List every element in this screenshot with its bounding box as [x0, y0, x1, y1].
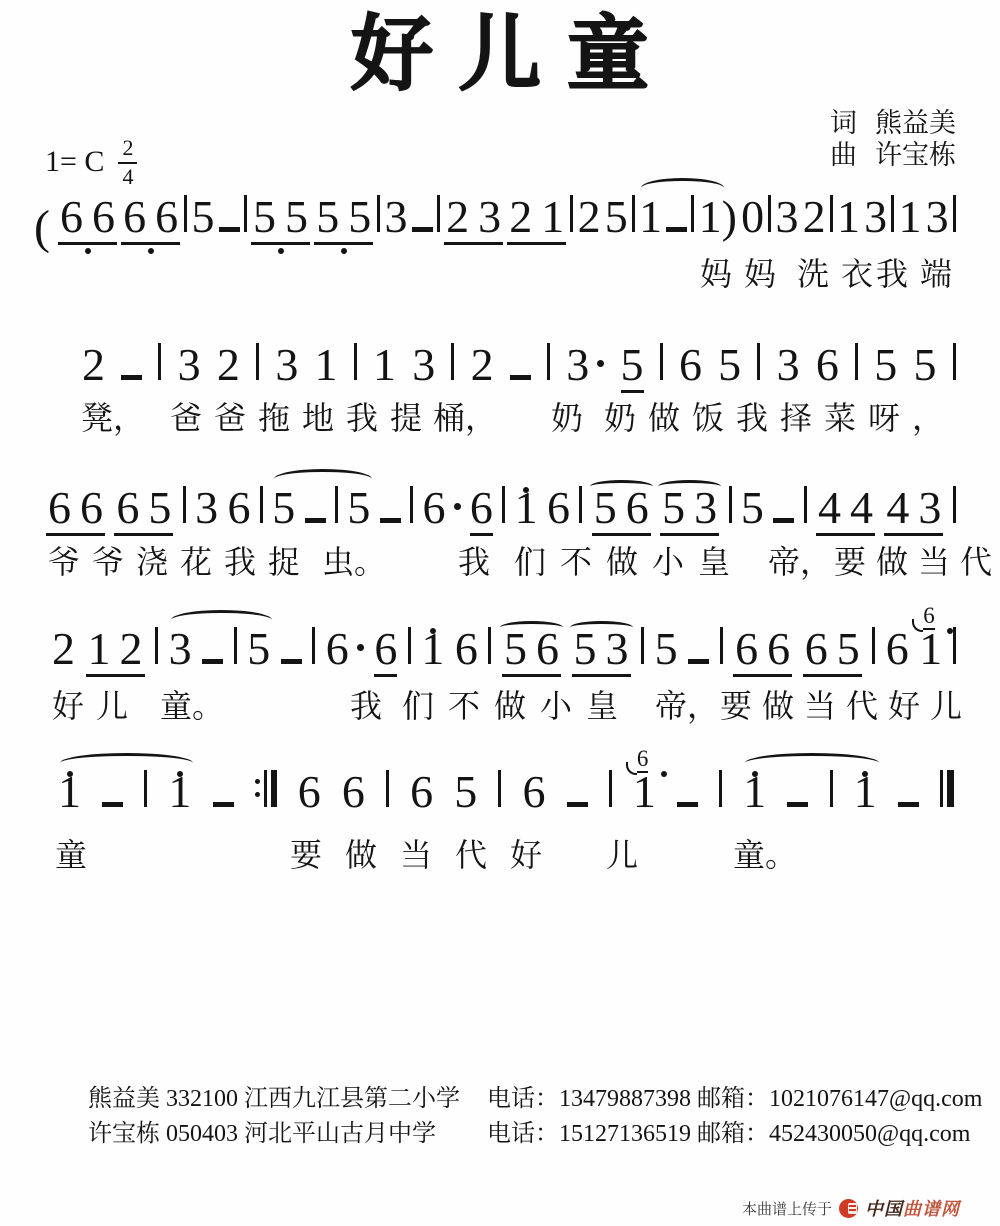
note-value: 3 — [275, 342, 298, 388]
lyrics-segment: 童。 — [160, 689, 224, 724]
note-value: 5 — [718, 342, 741, 388]
duration-dash — [688, 659, 709, 664]
note-value: 1 — [919, 626, 942, 672]
note-value: 2 — [217, 342, 240, 388]
barline — [570, 195, 573, 232]
barline — [579, 486, 582, 523]
note-value: 1 — [699, 194, 722, 240]
barline — [720, 627, 723, 664]
note-value: 6 — [735, 626, 758, 672]
note: 1 — [743, 769, 766, 815]
note-value: 6 — [116, 485, 139, 531]
barline — [488, 627, 491, 664]
barline — [260, 486, 263, 523]
slur-arc — [658, 480, 721, 493]
note: 6 — [523, 769, 546, 815]
beam-group: 21 — [507, 194, 566, 245]
low-octave-dot — [85, 248, 91, 254]
duration-dash — [666, 227, 687, 232]
site-name: 中国曲谱网 — [865, 1195, 960, 1221]
lyrics-segment: 奶做饭我择菜呀， — [604, 401, 956, 436]
note: 1 — [515, 485, 538, 531]
barline — [498, 770, 501, 807]
barline — [632, 195, 635, 232]
note-value: 6 — [523, 769, 546, 815]
lyrics-segment: 童 — [55, 838, 87, 873]
note: 6 — [48, 485, 71, 531]
note: 3 — [777, 342, 800, 388]
note-value: 6 — [60, 194, 83, 240]
note: 2 — [471, 342, 494, 388]
barline — [234, 627, 237, 664]
lyrics-segment: 虫。 — [322, 545, 386, 580]
lyrics-segment: 洗衣 — [797, 257, 885, 292]
note-value: 5 — [913, 342, 936, 388]
note: 2 — [578, 194, 601, 240]
note: 5 — [272, 485, 295, 531]
low-octave-dot — [341, 248, 347, 254]
beam-group: 66 — [121, 194, 180, 245]
site-logo-icon — [839, 1199, 858, 1218]
thin-bar — [940, 770, 943, 807]
barline — [609, 770, 612, 807]
note-value: 6 — [547, 485, 570, 531]
note-value: 6 — [805, 626, 828, 672]
barline — [757, 343, 760, 380]
note: 5 — [192, 194, 215, 240]
note: 2 — [446, 194, 469, 240]
note: 2 — [82, 342, 105, 388]
duration-dash — [102, 802, 123, 807]
barline — [244, 195, 247, 232]
note: 6 — [374, 626, 397, 677]
barline — [660, 343, 663, 380]
note: 2 — [52, 626, 75, 672]
slur-arc — [641, 178, 724, 198]
slur-arc — [171, 610, 272, 630]
note-value: 4 — [850, 485, 873, 531]
contact-address: 熊益美 332100 江西九江县第二小学 — [88, 1078, 460, 1113]
note-value: 6 — [767, 626, 790, 672]
slur-arc — [745, 753, 879, 773]
barline — [184, 195, 187, 232]
lyrics-segment: 童。 — [733, 838, 797, 873]
barline — [158, 343, 161, 380]
note-value: 0 — [741, 194, 764, 240]
note-value: 6 — [92, 194, 115, 240]
note: 6 — [886, 626, 909, 672]
note: 4 — [818, 485, 841, 531]
barline — [547, 343, 550, 380]
low-octave-dot — [278, 248, 284, 254]
note-value: 3 — [566, 342, 589, 388]
note: 3 — [918, 485, 941, 531]
score-page: 好儿童 词 熊益美 曲 许宝栋 1= C 2 4 66(665555532321… — [0, 0, 1000, 1226]
note: 16 — [633, 769, 656, 815]
note: 6 — [298, 769, 321, 815]
note: 6 — [116, 485, 139, 531]
note: 16 — [919, 626, 942, 672]
barline — [144, 770, 147, 807]
barline — [953, 195, 956, 232]
lyrics-segment: 们不做小皇 — [514, 545, 744, 580]
note-value: 6 — [470, 485, 493, 536]
note-value: 3 — [195, 485, 218, 531]
beam-group: 55 — [251, 194, 310, 245]
note-value: 2 — [52, 626, 75, 672]
contact-phone-email: 电话：15127136519 邮箱：452430050@qq.com — [487, 1113, 970, 1148]
lyrics-segment: 我 — [350, 689, 382, 724]
augmentation-dot — [454, 503, 461, 510]
barline — [830, 770, 833, 807]
note: 3 — [566, 342, 604, 388]
lyrics-segment: 帝， — [655, 689, 719, 724]
duration-dash — [121, 375, 142, 380]
note-value: 1 — [88, 626, 111, 672]
lyrics-segment: 爸爸拖地我提 — [170, 401, 434, 436]
note-value: 6 — [298, 769, 321, 815]
note-value: 1 — [633, 769, 656, 815]
note: 6 — [80, 485, 103, 531]
duration-dash — [380, 518, 401, 523]
note-value: 5 — [253, 194, 276, 240]
note-value: 1 — [898, 194, 921, 240]
note-value: 3 — [385, 194, 408, 240]
barline — [451, 343, 454, 380]
note: 6 — [805, 626, 828, 672]
logo-lines-icon — [848, 1203, 857, 1214]
beam-group: 66 — [733, 626, 792, 677]
beam-group: 43 — [884, 485, 943, 536]
barline — [830, 195, 833, 232]
barline — [804, 486, 807, 523]
note: 3 — [385, 194, 408, 240]
note-value: 3 — [777, 342, 800, 388]
note: 1 — [837, 194, 860, 240]
slur-arc — [274, 469, 372, 489]
note: 1 — [168, 769, 191, 815]
note: 1 — [58, 769, 81, 815]
note: 2 — [120, 626, 143, 672]
note-value: 5 — [741, 485, 764, 531]
note-value: 6 — [886, 626, 909, 672]
note: 6 — [228, 485, 251, 531]
music-line-5: 11666561611 — [58, 741, 954, 820]
note: 1 — [315, 342, 338, 388]
lyrics-segment: 帝， — [768, 545, 832, 580]
note: 5 — [741, 485, 764, 531]
note-value: 1 — [315, 342, 338, 388]
contact-address: 许宝栋 050403 河北平山古月中学 — [88, 1113, 436, 1148]
note-value: 5 — [272, 485, 295, 531]
duration-dash — [305, 518, 326, 523]
barline — [729, 486, 732, 523]
note-value: 6 — [816, 342, 839, 388]
beam-group: 55 — [314, 194, 373, 245]
note: 6 — [816, 342, 839, 388]
note-value: 6 — [679, 342, 702, 388]
barline — [386, 770, 389, 807]
note-value: 6 — [155, 194, 178, 240]
note: 5 — [621, 342, 644, 393]
note-value: 3 — [775, 194, 798, 240]
slur-arc — [590, 480, 653, 493]
lyrics-segment: 奶 — [551, 401, 583, 436]
music-line-1: 66(6655555323212511)0321313 — [58, 166, 956, 245]
note-value: 3 — [178, 342, 201, 388]
lyrics-segment: 我 — [458, 545, 490, 580]
lyrics-segment: 桶， — [433, 401, 497, 436]
barline — [953, 627, 956, 664]
thin-bar — [264, 770, 267, 807]
beam-group: 12 — [86, 626, 145, 677]
music-line-3: 666536556616565354443 — [46, 457, 956, 536]
note: 3 — [195, 485, 218, 531]
barline — [408, 627, 411, 664]
duration-dash — [219, 227, 240, 232]
barline — [953, 486, 956, 523]
low-octave-dot — [148, 248, 154, 254]
note: 6 — [547, 485, 570, 531]
contact-phone-email: 电话：13479887398 邮箱：1021076147@qq.com — [487, 1078, 982, 1113]
note: 1 — [373, 342, 396, 388]
music-score: 66(6655555323212511)0321313妈妈洗衣我端2323113… — [0, 0, 1000, 1226]
note: 6 — [735, 626, 758, 672]
music-line-2: 2323113235653655 — [82, 314, 956, 393]
note-value: 3 — [169, 626, 192, 672]
lyrics-segment: 我端 — [876, 257, 964, 292]
note-value: 1 — [373, 342, 396, 388]
note: 5 — [874, 342, 897, 388]
lyrics-segment: 儿 — [606, 838, 638, 873]
high-octave-dot — [430, 628, 436, 634]
note: 1 — [421, 626, 444, 672]
note-value: 5 — [316, 194, 339, 240]
note-value: 6 — [423, 485, 446, 531]
note-value: 2 — [471, 342, 494, 388]
note-value: 5 — [148, 485, 171, 531]
beam-group: 23 — [444, 194, 503, 245]
lyrics-segment: 好儿 — [52, 689, 140, 724]
note: 1 — [639, 194, 662, 240]
open-paren: ( — [34, 204, 50, 252]
note: 1 — [88, 626, 111, 672]
note: 6 — [767, 626, 790, 672]
barline — [155, 627, 158, 664]
watermark: 本曲谱上传于 中国曲谱网 — [742, 1195, 960, 1221]
lyrics-segment: 凳， — [81, 401, 145, 436]
lyrics-segment: 们不做小皇 — [402, 689, 632, 724]
note: 2 — [509, 194, 532, 240]
note-value: 4 — [886, 485, 909, 531]
barline — [641, 627, 644, 664]
grace-note: 6 — [923, 604, 935, 630]
note-value: 5 — [874, 342, 897, 388]
note: 1 — [898, 194, 921, 240]
repeat-dot — [255, 779, 260, 784]
note: 3 — [864, 194, 887, 240]
note-value: 5 — [285, 194, 308, 240]
note-value: 5 — [837, 626, 860, 672]
note: 6 — [410, 769, 433, 815]
note: 3 — [478, 194, 501, 240]
barline — [354, 343, 357, 380]
note-value: 2 — [509, 194, 532, 240]
note: 2 — [217, 342, 240, 388]
barline — [768, 195, 771, 232]
note-value: 3 — [926, 194, 949, 240]
duration-dash — [677, 802, 698, 807]
thick-bar — [271, 770, 277, 807]
note: 3 — [412, 342, 435, 388]
note: 6 — [155, 194, 178, 240]
note: 6 — [342, 769, 365, 815]
note-value: 5 — [347, 485, 370, 531]
grace-note: 6 — [637, 747, 649, 773]
note-value: 1 — [837, 194, 860, 240]
note-value: 3 — [918, 485, 941, 531]
barline — [872, 627, 875, 664]
duration-dash — [510, 375, 531, 380]
duration-dash — [202, 659, 223, 664]
lyrics-segment: 要做当代好儿 — [720, 689, 972, 724]
note: 5 — [285, 194, 308, 240]
note: 5 — [837, 626, 860, 672]
note: 5 — [718, 342, 741, 388]
beam-group: 66( — [58, 194, 117, 245]
note-value: 2 — [82, 342, 105, 388]
note-value: 5 — [605, 194, 628, 240]
barline — [891, 195, 894, 232]
note: 6 — [123, 194, 146, 240]
barline — [377, 195, 380, 232]
note-value: 6 — [80, 485, 103, 531]
note: 0 — [741, 194, 764, 240]
note-value: 5 — [247, 626, 270, 672]
duration-dash — [898, 802, 919, 807]
note-value: 6 — [326, 626, 349, 672]
note-value: 1 — [639, 194, 662, 240]
note-value: 6 — [374, 626, 397, 677]
barline — [437, 195, 440, 232]
lyrics-segment: 妈妈 — [700, 257, 788, 292]
note: 6 — [679, 342, 702, 388]
note-value: 3 — [864, 194, 887, 240]
note-value: 5 — [621, 342, 644, 393]
beam-group: 65 — [114, 485, 173, 536]
note-value: 6 — [48, 485, 71, 531]
note-value: 2 — [446, 194, 469, 240]
note-value: 5 — [454, 769, 477, 815]
note: 6 — [470, 485, 493, 536]
note-value: 2 — [803, 194, 826, 240]
note: 5 — [247, 626, 270, 672]
augmentation-dot — [357, 644, 364, 651]
note-value: 5 — [348, 194, 371, 240]
note-value: 4 — [818, 485, 841, 531]
watermark-prefix: 本曲谱上传于 — [742, 1198, 832, 1219]
duration-dash — [567, 802, 588, 807]
note: 3 — [169, 626, 192, 672]
note-value: 1 — [541, 194, 564, 240]
lyrics-segment: 要做当代 — [834, 545, 1000, 580]
note: 3 — [926, 194, 949, 240]
barline — [719, 770, 722, 807]
barline — [691, 195, 694, 232]
note: 5 — [148, 485, 171, 531]
slur-arc — [570, 621, 633, 634]
note: 4 — [886, 485, 909, 531]
duration-dash — [213, 802, 234, 807]
note: 5 — [454, 769, 477, 815]
slur-arc — [500, 621, 563, 634]
grace-slur-icon — [912, 619, 923, 632]
beam-group: 65 — [803, 626, 862, 677]
thick-bar — [947, 770, 954, 807]
note-value: 3 — [412, 342, 435, 388]
lyrics-segment: 要做当代好 — [290, 838, 565, 873]
lyrics-segment: 爷爷浇花我捉 — [48, 545, 312, 580]
high-octave-dot — [523, 487, 529, 493]
note-value: 2 — [578, 194, 601, 240]
barline — [335, 486, 338, 523]
barline — [256, 343, 259, 380]
high-octave-dot — [661, 771, 667, 777]
note-value: 3 — [478, 194, 501, 240]
beam-group: 44 — [816, 485, 875, 536]
note: 1 — [854, 769, 877, 815]
note: 4 — [850, 485, 873, 531]
slur-arc — [60, 753, 193, 773]
note: 5 — [316, 194, 339, 240]
note: 6 — [423, 485, 461, 531]
barline — [502, 486, 505, 523]
note: 5 — [347, 485, 370, 531]
barline — [855, 343, 858, 380]
note: 5 — [913, 342, 936, 388]
note-value: 6 — [342, 769, 365, 815]
beam-group: 66 — [46, 485, 105, 536]
final-barline — [940, 770, 954, 807]
note: 1) — [699, 194, 737, 240]
note: 3 — [775, 194, 798, 240]
note: 6 — [455, 626, 478, 672]
grace-slur-icon — [626, 762, 637, 775]
repeat-dot — [255, 792, 260, 797]
note-value: 6 — [455, 626, 478, 672]
barline — [183, 486, 186, 523]
note: 3 — [275, 342, 298, 388]
duration-dash — [773, 518, 794, 523]
note: 2 — [803, 194, 826, 240]
note-value: 6 — [410, 769, 433, 815]
note-value: 2 — [120, 626, 143, 672]
note-value: 5 — [655, 626, 678, 672]
note-value: 6 — [228, 485, 251, 531]
barline — [953, 343, 956, 380]
note-value: 6 — [123, 194, 146, 240]
duration-dash — [281, 659, 302, 664]
note: 1 — [541, 194, 564, 240]
duration-dash — [412, 227, 433, 232]
duration-dash — [787, 802, 808, 807]
barline — [312, 627, 315, 664]
augmentation-dot — [597, 360, 604, 367]
note: 6 — [326, 626, 364, 672]
note: 5 — [348, 194, 371, 240]
repeat-barline — [255, 770, 277, 807]
note: 3 — [178, 342, 201, 388]
